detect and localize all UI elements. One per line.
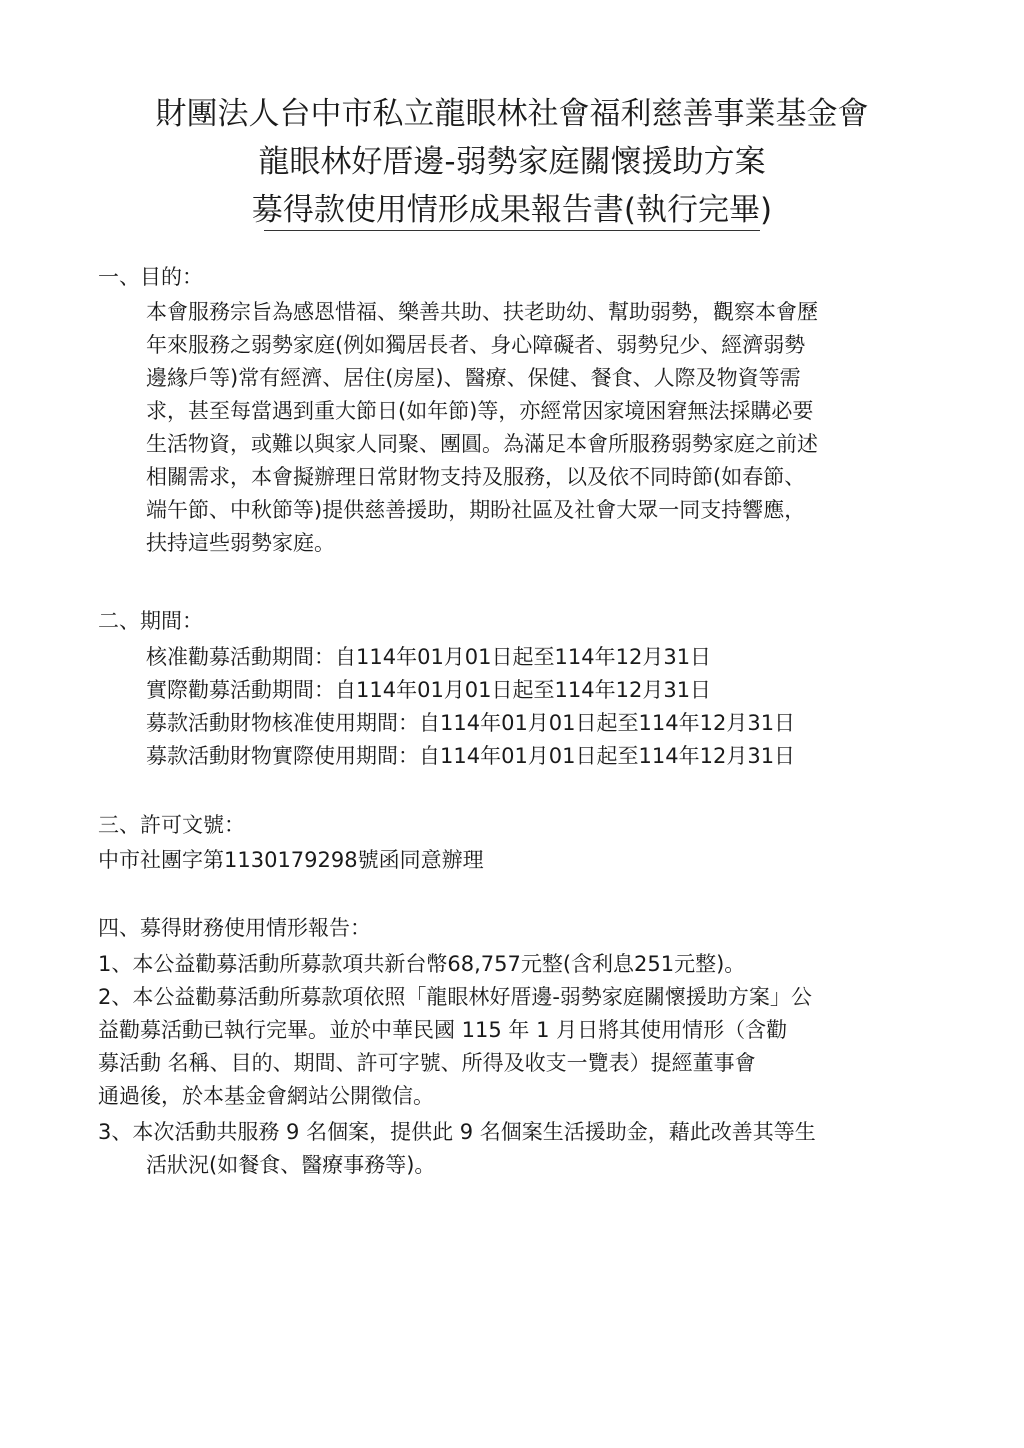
report-title: 募得款使用情形成果報告書(執行完畢) [0, 190, 1024, 230]
report-item-2-line: 通過後，於本基金會網站公開徵信。 [98, 1081, 434, 1111]
period-approved-use: 募款活動財物核准使用期間：自114年01月01日起至114年12月31日 [146, 708, 795, 738]
report-item-2-line: 募活動 名稱、目的、期間、許可字號、所得及收支一覽表）提經董事會 [98, 1048, 756, 1078]
section-1-paragraph-line: 相關需求，本會擬辦理日常財物支持及服務，以及依不同時節(如春節、 [146, 462, 805, 492]
section-1-paragraph-line: 本會服務宗旨為感恩惜福、樂善共助、扶老助幼、幫助弱勢，觀察本會歷 [146, 297, 818, 327]
period-actual-solicitation: 實際勸募活動期間：自114年01月01日起至114年12月31日 [146, 675, 711, 705]
report-title-underline [264, 230, 760, 231]
report-item-3-line: 3、本次活動共服務 9 名個案，提供此 9 名個案生活援助金，藉此改善其等生 [98, 1117, 816, 1147]
section-4-heading: 四、募得財務使用情形報告： [98, 913, 371, 943]
section-3-heading: 三、許可文號： [98, 810, 245, 840]
section-1-paragraph-line: 邊緣戶等)常有經濟、居住(房屋)、醫療、保健、餐食、人際及物資等需 [146, 363, 801, 393]
report-item-1: 1、本公益勸募活動所募款項共新台幣68,757元整(含利息251元整)。 [98, 949, 745, 979]
section-2-heading: 二、期間： [98, 606, 203, 636]
section-1-paragraph-line: 生活物資，或難以與家人同聚、團圓。為滿足本會所服務弱勢家庭之前述 [146, 429, 818, 459]
section-1-paragraph-line: 扶持這些弱勢家庭。 [146, 528, 335, 558]
document-page: 財團法人台中市私立龍眼林社會福利慈善事業基金會 龍眼林好厝邊-弱勢家庭關懷援助方… [0, 0, 1024, 1448]
period-actual-use: 募款活動財物實際使用期間：自114年01月01日起至114年12月31日 [146, 741, 795, 771]
program-title: 龍眼林好厝邊-弱勢家庭關懷援助方案 [0, 142, 1024, 182]
report-item-2-line: 2、本公益勸募活動所募款項依照「龍眼林好厝邊-弱勢家庭關懷援助方案」公 [98, 982, 812, 1012]
period-approved-solicitation: 核准勸募活動期間：自114年01月01日起至114年12月31日 [146, 642, 711, 672]
organization-title: 財團法人台中市私立龍眼林社會福利慈善事業基金會 [0, 94, 1024, 134]
permit-number: 中市社團字第1130179298號函同意辦理 [98, 845, 484, 875]
section-1-paragraph-line: 端午節、中秋節等)提供慈善援助，期盼社區及社會大眾一同支持響應， [146, 495, 805, 525]
report-item-3-line: 活狀況(如餐食、醫療事務等)。 [146, 1150, 435, 1180]
section-1-paragraph-line: 求，甚至每當遇到重大節日(如年節)等，亦經常因家境困窘無法採購必要 [146, 396, 813, 426]
section-1-paragraph-line: 年來服務之弱勢家庭(例如獨居長者、身心障礙者、弱勢兒少、經濟弱勢 [146, 330, 805, 360]
report-item-2-line: 益勸募活動已執行完畢。並於中華民國 115 年 1 月日將其使用情形（含勸 [98, 1015, 787, 1045]
section-1-heading: 一、目的： [98, 262, 203, 292]
